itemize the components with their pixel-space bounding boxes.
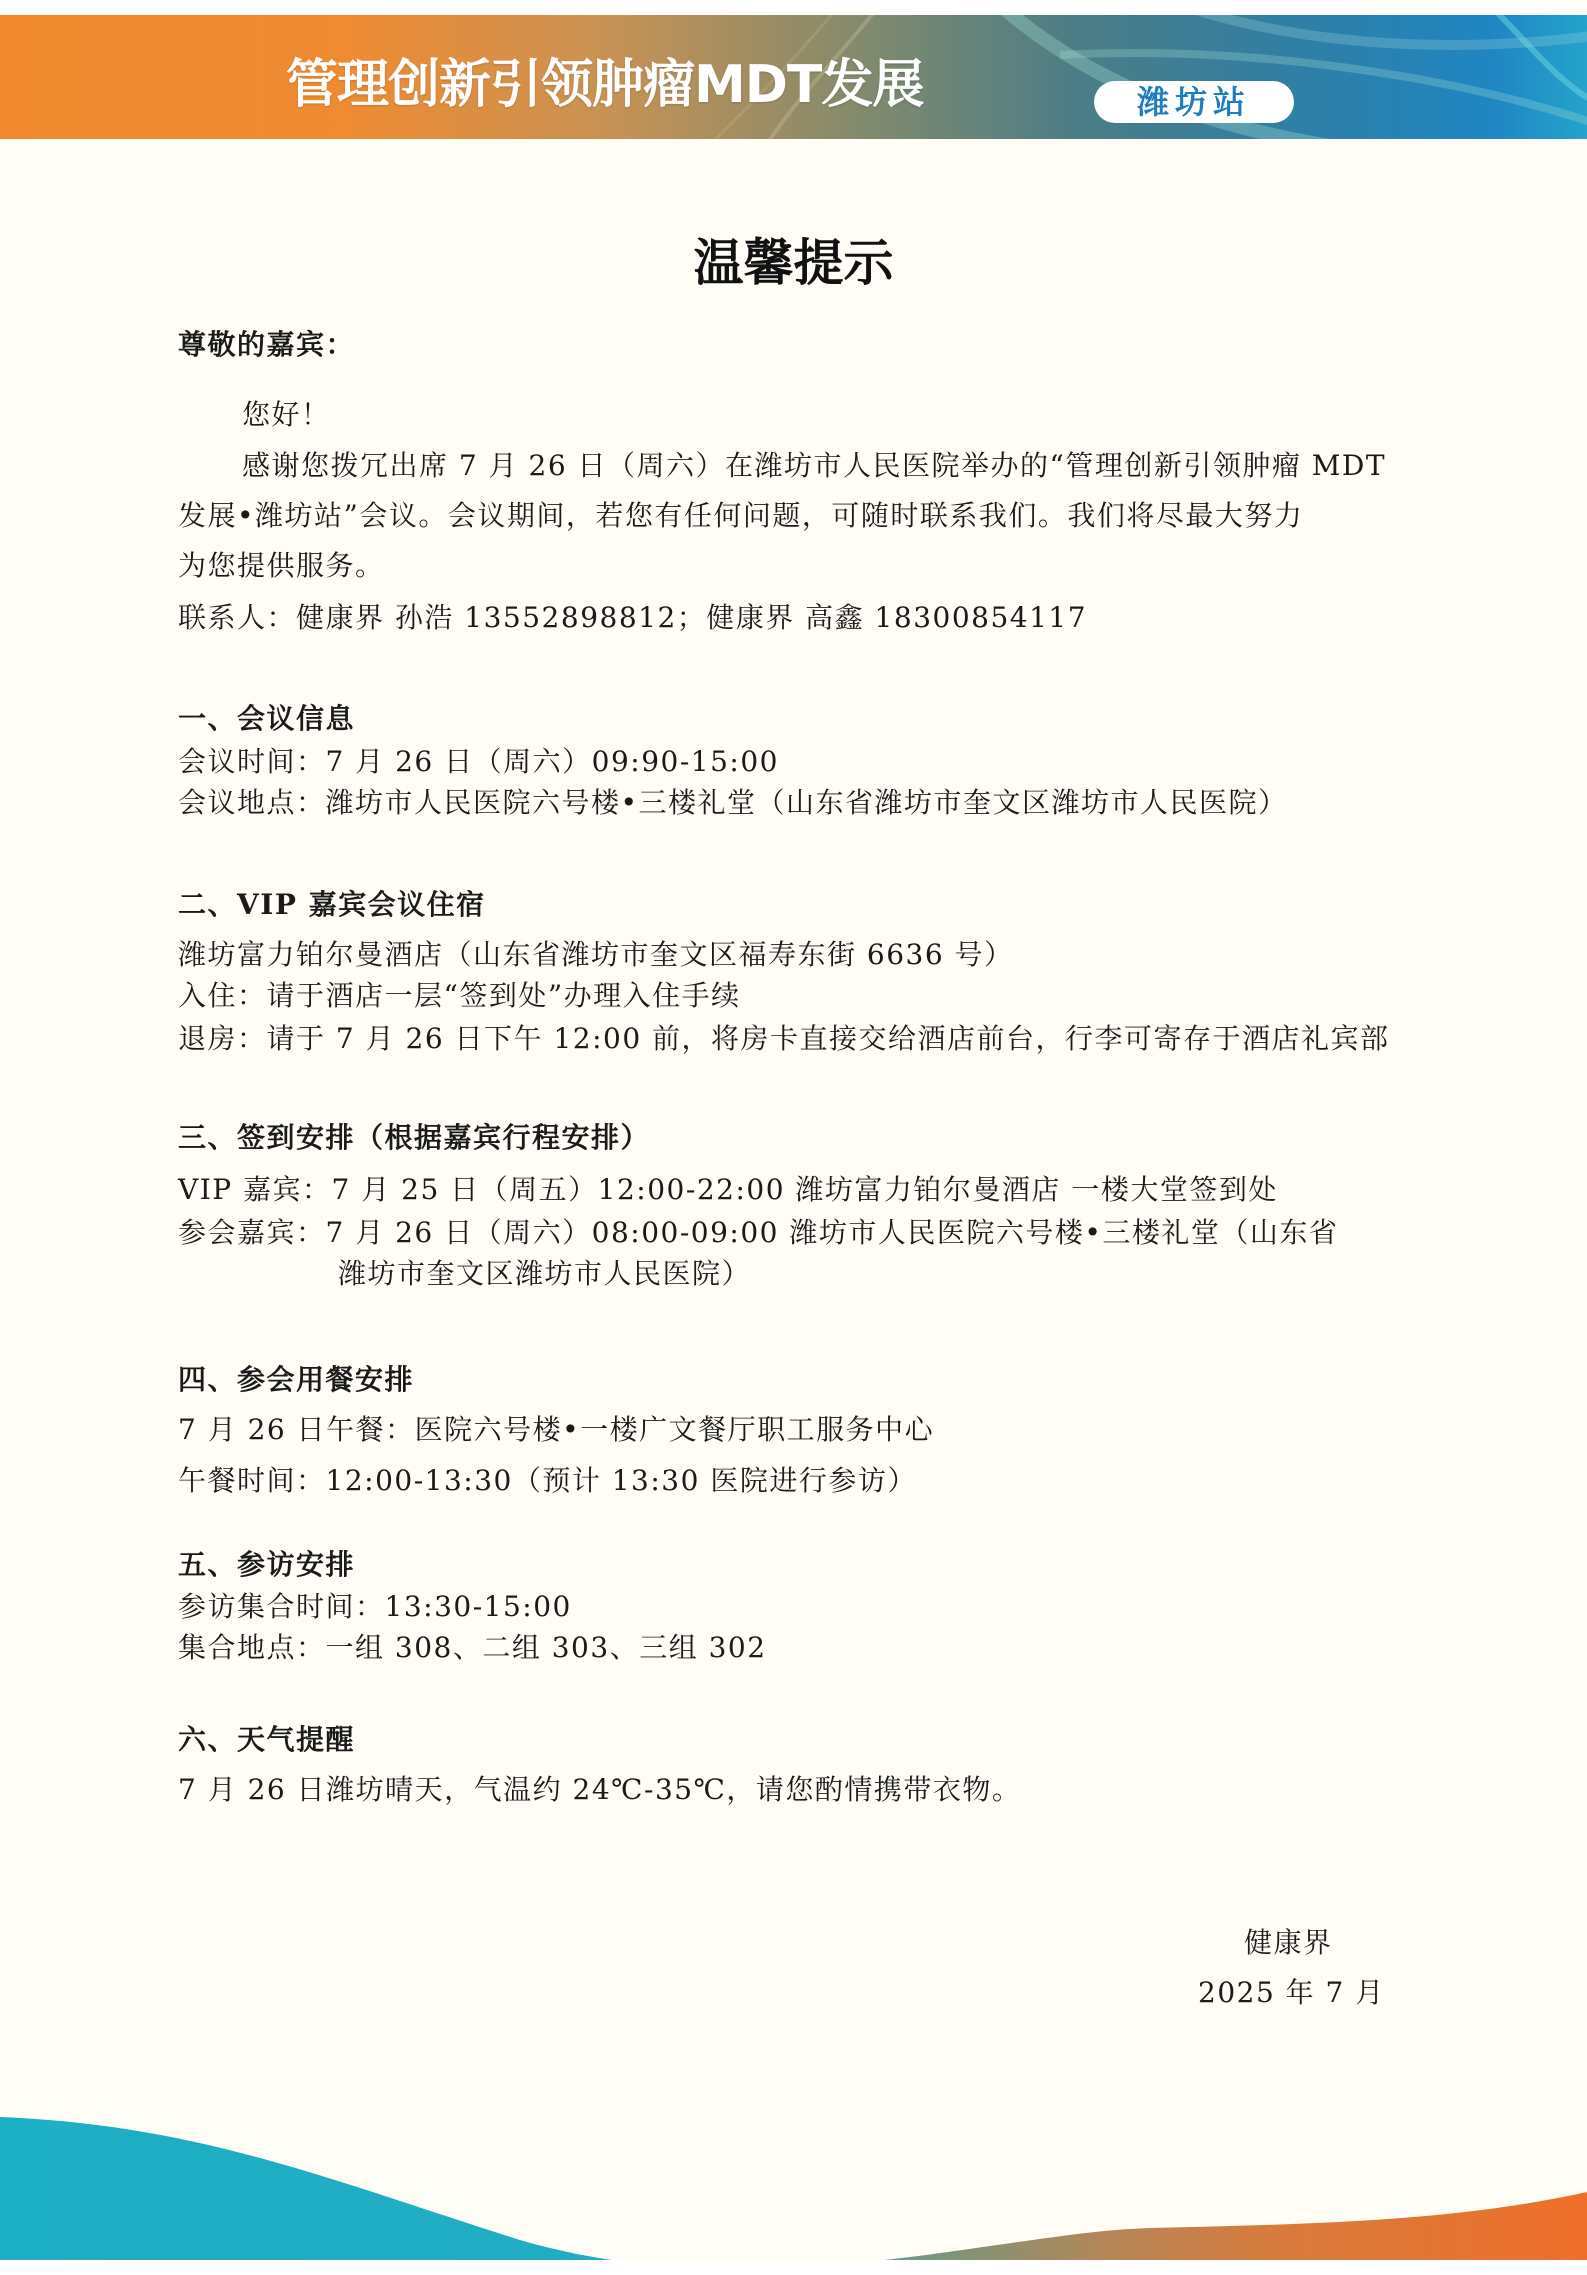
header-banner: 管理创新引领肿瘤MDT发展 潍坊站	[0, 15, 1587, 139]
section-heading-dining: 四、参会用餐安排	[178, 1360, 414, 1400]
section-heading-visit: 五、参访安排	[178, 1545, 355, 1585]
signature-date: 2025 年 7 月	[1198, 1973, 1385, 2013]
intro-line-1: 感谢您拨冗出席 7 月 26 日（周六）在潍坊市人民医院举办的“管理创新引领肿瘤…	[242, 446, 1386, 486]
lunch-location: 7 月 26 日午餐：医院六号楼•一楼广文餐厅职工服务中心	[178, 1410, 934, 1450]
meeting-location: 会议地点：潍坊市人民医院六号楼•三楼礼堂（山东省潍坊市奎文区潍坊市人民医院）	[178, 783, 1288, 823]
check-in-info: 入住：请于酒店一层“签到处”办理入住手续	[178, 976, 741, 1016]
top-margin-strip	[0, 0, 1587, 15]
attendee-registration-cont: 潍坊市奎文区潍坊市人民医院）	[338, 1254, 751, 1294]
weather-info: 7 月 26 日潍坊晴天，气温约 24℃-35℃，请您酌情携带衣物。	[178, 1770, 1021, 1810]
contact-info: 联系人：健康界 孙浩 13552898812；健康界 高鑫 1830085411…	[178, 598, 1087, 638]
footer-wave-decoration	[0, 2080, 1587, 2275]
meeting-time: 会议时间：7 月 26 日（周六）09:90-15:00	[178, 742, 779, 782]
banner-title: 管理创新引领肿瘤MDT发展	[286, 55, 923, 115]
section-heading-registration: 三、签到安排（根据嘉宾行程安排）	[178, 1118, 650, 1158]
signature-org: 健康界	[1244, 1923, 1333, 1963]
vip-registration: VIP 嘉宾：7 月 25 日（周五）12:00-22:00 潍坊富力铂尔曼酒店…	[178, 1170, 1278, 1210]
section-heading-weather: 六、天气提醒	[178, 1720, 355, 1760]
visit-location: 集合地点：一组 308、二组 303、三组 302	[178, 1628, 767, 1668]
section-heading-meeting-info: 一、会议信息	[178, 699, 355, 739]
intro-line-3: 为您提供服务。	[178, 546, 385, 586]
document-title: 温馨提示	[0, 232, 1587, 294]
intro-line-2: 发展•潍坊站”会议。会议期间，若您有任何问题，可随时联系我们。我们将尽最大努力	[178, 496, 1303, 536]
attendee-registration: 参会嘉宾：7 月 26 日（周六）08:00-09:00 潍坊市人民医院六号楼•…	[178, 1213, 1338, 1253]
section-heading-vip-lodging: 二、VIP 嘉宾会议住宿	[178, 885, 486, 925]
greeting: 您好！	[242, 395, 331, 435]
hotel-address: 潍坊富力铂尔曼酒店（山东省潍坊市奎文区福寿东街 6636 号）	[178, 935, 1014, 975]
salutation: 尊敬的嘉宾：	[178, 325, 355, 365]
check-out-info: 退房：请于 7 月 26 日下午 12:00 前，将房卡直接交给酒店前台，行李可…	[178, 1019, 1390, 1059]
banner-location-badge: 潍坊站	[1094, 81, 1294, 123]
lunch-time: 午餐时间：12:00-13:30（预计 13:30 医院进行参访）	[178, 1461, 917, 1501]
visit-time: 参访集合时间：13:30-15:00	[178, 1587, 572, 1627]
